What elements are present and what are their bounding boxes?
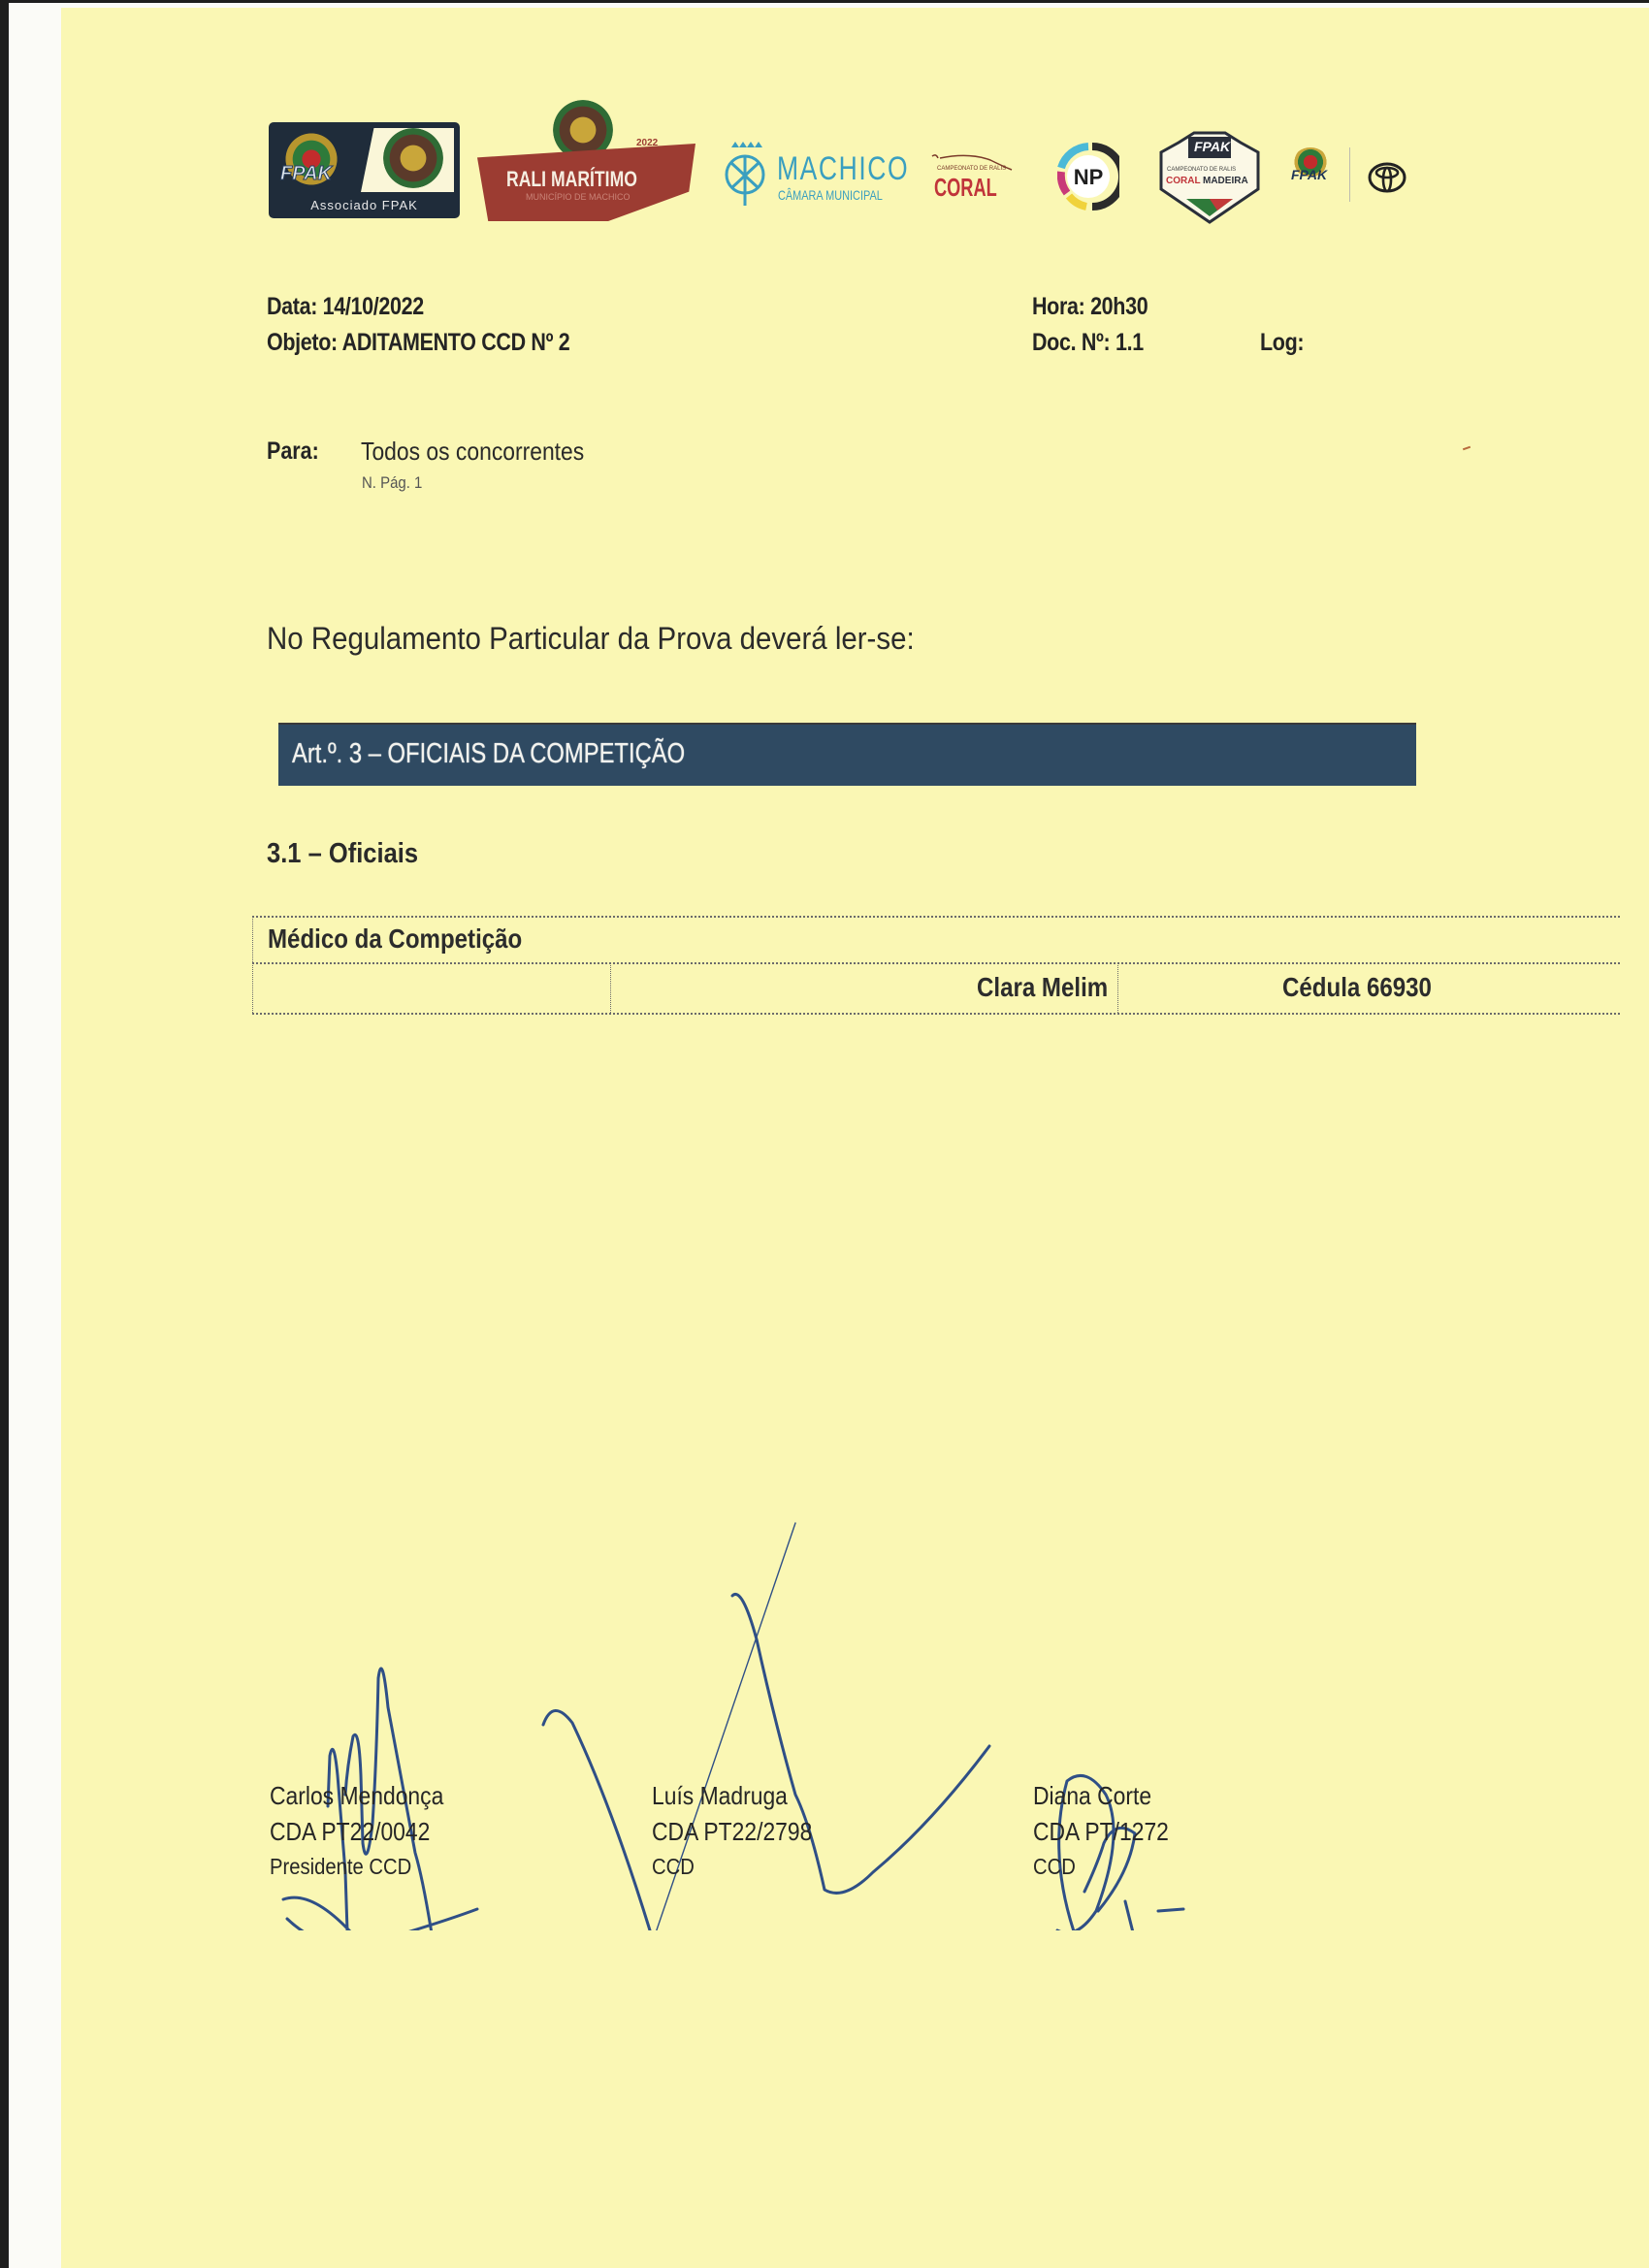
signatory-name: Luís Madruga — [652, 1781, 788, 1811]
subject-label: Objeto: — [267, 329, 338, 356]
np-logo-icon: NP — [1057, 143, 1119, 211]
recipient-label: Para: — [267, 437, 319, 466]
rali-subtitle: MUNICÍPIO DE MACHICO — [526, 192, 630, 202]
recipient-value: Todos os concorrentes — [361, 437, 584, 467]
table-col-divider-1 — [610, 962, 611, 1015]
subject-value: ADITAMENTO CCD Nº 2 — [342, 329, 570, 356]
time-value: 20h30 — [1090, 293, 1148, 320]
fpak-shield-coral: CORAL — [1166, 176, 1201, 186]
logo-separator — [1349, 147, 1350, 202]
rali-year: 2022 — [636, 138, 658, 148]
signatory-role: CCD — [652, 1854, 695, 1880]
article-banner: Art.º. 3 – OFICIAIS DA COMPETIÇÃO — [278, 723, 1416, 786]
date-field: Data: 14/10/2022 — [267, 293, 424, 321]
doc-number-value: 1.1 — [1115, 329, 1144, 356]
table-border-bottom — [252, 1013, 1620, 1015]
signatory-license: CDA PT22/2798 — [652, 1817, 812, 1847]
fpak-shield-brand: FPAK — [1194, 139, 1230, 154]
article-banner-title: Art.º. 3 – OFICIAIS DA COMPETIÇÃO — [292, 738, 685, 770]
signatory-name: Carlos Mendonça — [270, 1781, 443, 1811]
subject-field: Objeto: ADITAMENTO CCD Nº 2 — [267, 329, 569, 357]
section-title: 3.1 – Oficiais — [267, 838, 418, 870]
table-border-left — [252, 916, 253, 1015]
toyota-logo-icon — [1368, 161, 1406, 194]
time-label: Hora: — [1032, 293, 1084, 320]
table-cell-credential: Cédula 66930 — [1282, 972, 1432, 1003]
signatory-name: Diana Corte — [1033, 1781, 1151, 1811]
coral-subtitle: CAMPEONATO DE RALIS — [937, 166, 1006, 172]
table-header-medico: Médico da Competição — [268, 923, 522, 955]
fpak-shield-madeira: MADEIRA — [1203, 176, 1248, 186]
fpak-small-brand: FPAK — [1291, 167, 1327, 182]
fpak-brand: FPAK — [280, 163, 332, 185]
table-divider — [252, 962, 1620, 964]
table-cell-name: Clara Melim — [977, 972, 1108, 1003]
machico-name: MACHICO — [777, 150, 909, 188]
signature-luis-madruga-icon — [543, 1594, 989, 1930]
log-label: Log: — [1260, 329, 1304, 357]
rali-title: RALI MARÍTIMO — [506, 167, 637, 192]
page-count: N. Pág. 1 — [362, 473, 422, 493]
time-field: Hora: 20h30 — [1032, 293, 1148, 321]
date-label: Data: — [267, 293, 317, 320]
machico-subtitle: CÂMARA MUNICIPAL — [778, 187, 883, 203]
signatory-role: CCD — [1033, 1854, 1076, 1880]
machico-emblem-icon — [722, 138, 768, 211]
fpak-assoc-caption: Associado FPAK — [269, 198, 460, 212]
intro-text: No Regulamento Particular da Prova dever… — [267, 621, 915, 657]
coral-logo: CORAL — [934, 173, 997, 203]
signatory-license: CDA PT/1272 — [1033, 1817, 1169, 1847]
fpak-shield-line1: CAMPEONATO DE RALIS — [1167, 167, 1236, 173]
signatory-role: Presidente CCD — [270, 1854, 411, 1880]
officials-table: Médico da Competição Clara Melim Cédula … — [252, 916, 1620, 1015]
doc-number-label: Doc. Nº: — [1032, 329, 1110, 356]
doc-number-field: Doc. Nº: 1.1 — [1032, 329, 1144, 357]
svg-text:NP: NP — [1074, 165, 1104, 189]
table-col-divider-2 — [1117, 962, 1118, 1015]
date-value: 14/10/2022 — [323, 293, 424, 320]
fpak-associado-logo: FPAK Associado FPAK — [269, 122, 460, 218]
signatory-license: CDA PT22/0042 — [270, 1817, 430, 1847]
table-border-top — [252, 916, 1620, 918]
machico-crest-icon — [383, 128, 443, 188]
